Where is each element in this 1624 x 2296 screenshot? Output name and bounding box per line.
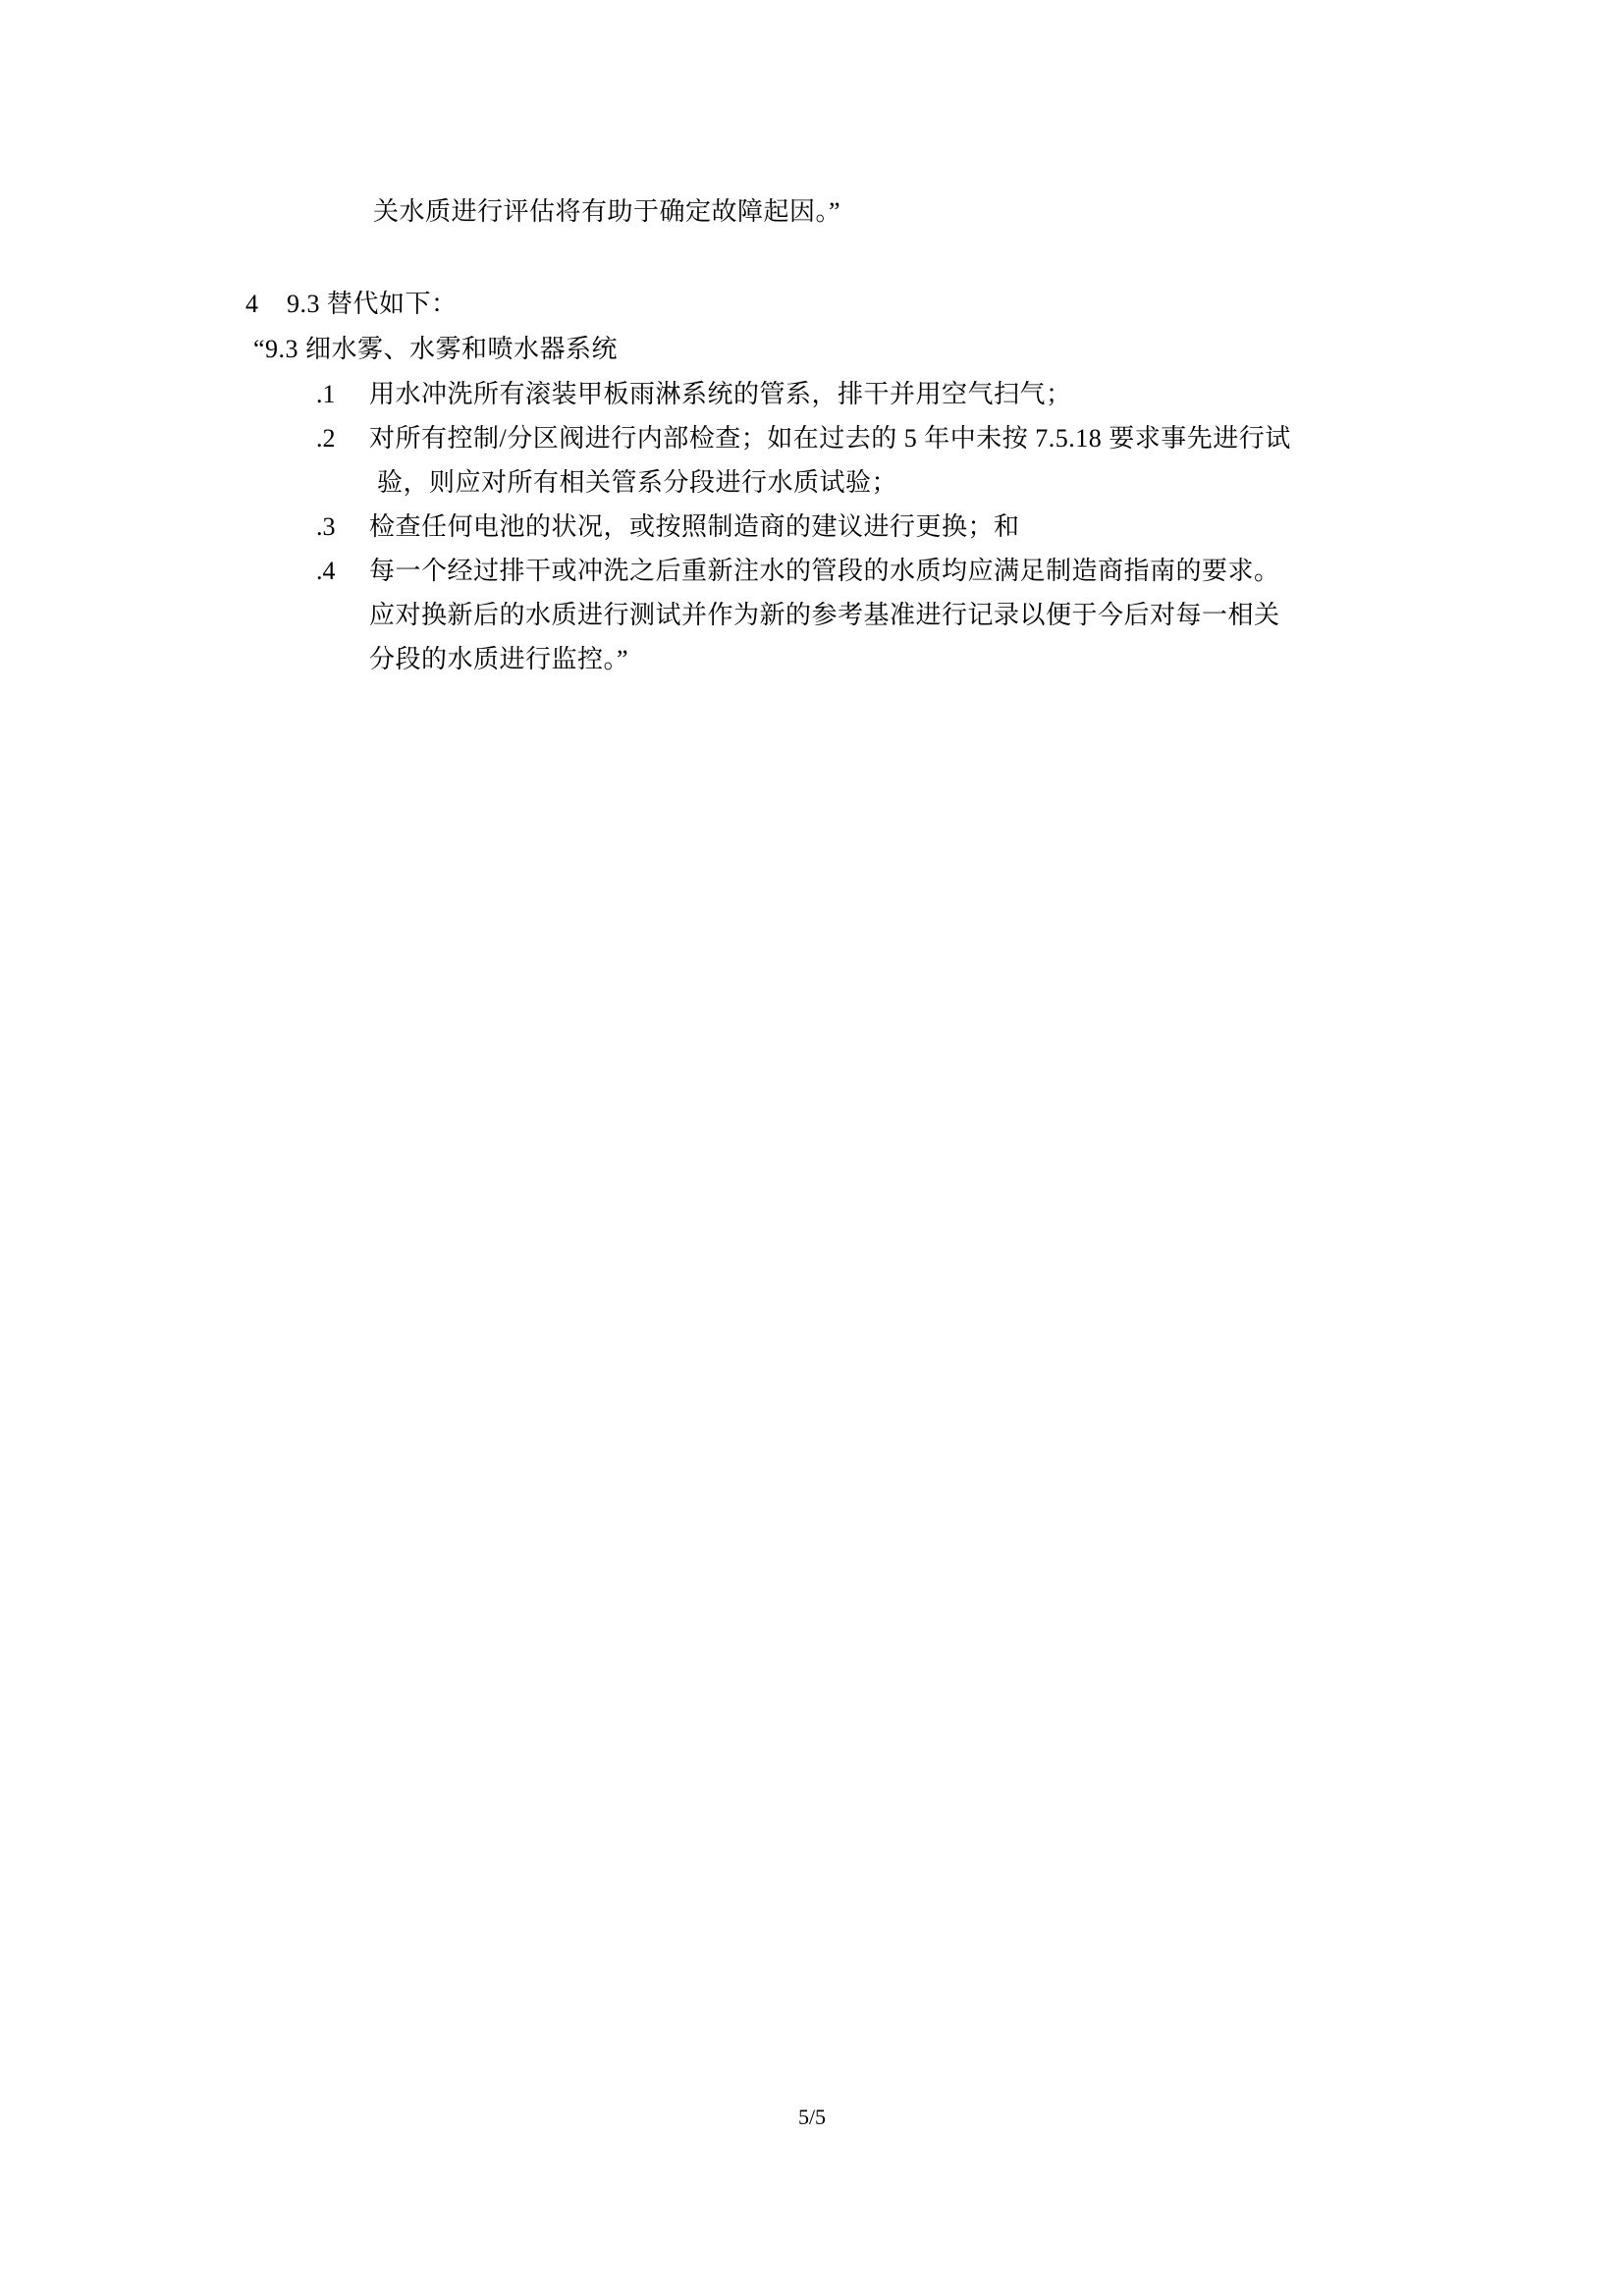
- item-marker: .4: [316, 556, 336, 587]
- item-text-line: 对所有控制/分区阀进行内部检查；如在过去的 5 年中未按 7.5.18 要求事先…: [369, 423, 1291, 454]
- section-heading: “9.3 细水雾、水雾和喷水器系统: [253, 334, 618, 365]
- item-text-line: 用水冲洗所有滚装甲板雨淋系统的管系，排干并用空气扫气；: [369, 379, 1072, 410]
- item-marker: .2: [316, 423, 336, 454]
- continuation-paragraph: 关水质进行评估将有助于确定故障起因。”: [373, 196, 840, 228]
- item-marker: .3: [316, 511, 336, 543]
- item-text-line: 每一个经过排干或冲洗之后重新注水的管段的水质均应满足制造商指南的要求。: [369, 556, 1280, 587]
- item-text-line: 分段的水质进行监控。”: [369, 644, 628, 675]
- item-text-line: 检查任何电池的状况，或按照制造商的建议进行更换；和: [369, 511, 1020, 543]
- amendment-number: 4: [245, 289, 258, 320]
- item-text-line: 应对换新后的水质进行测试并作为新的参考基准进行记录以便于今后对每一相关: [369, 600, 1280, 631]
- amendment-intro: 9.3 替代如下：: [287, 289, 458, 320]
- item-text-line: 验，则应对所有相关管系分段进行水质试验；: [377, 467, 897, 499]
- item-marker: .1: [316, 379, 336, 410]
- page-number: 5/5: [0, 2104, 1624, 2131]
